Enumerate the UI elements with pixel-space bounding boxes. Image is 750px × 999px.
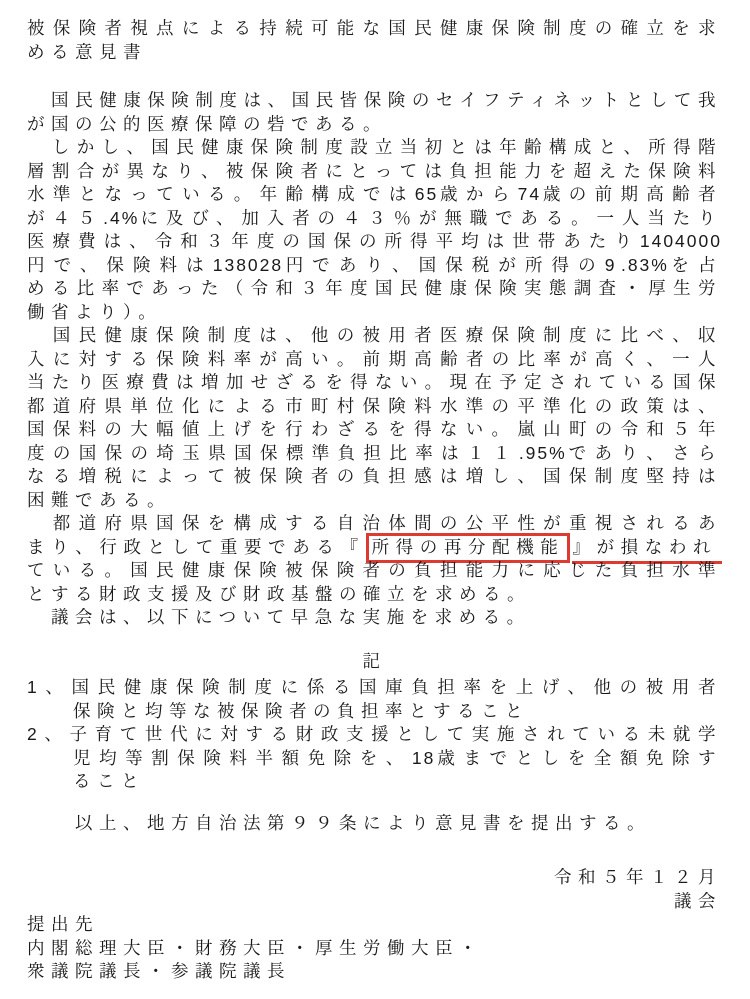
doc-line: 記 xyxy=(27,650,722,674)
doc-line: 度の国保の埼玉県国保標準負担比率は１１.95%であり、さら xyxy=(27,442,722,466)
text-segment: 円であり、国保税が所得の9 xyxy=(283,255,621,275)
spacer xyxy=(27,64,722,89)
text-segment: 困難である。 xyxy=(27,490,171,510)
doc-line: 被保険者視点による持続可能な国民健康保険制度の確立を求 xyxy=(27,17,722,41)
doc-line: 1、国民健康保険制度に係る国庫負担率を上げ、他の被用者 xyxy=(27,676,722,700)
text-segment: 歳から xyxy=(438,184,517,204)
text-segment: であり、さら xyxy=(567,443,722,463)
text-segment: 医療費は、令和３年度の国保の所得平均は世帯あたり xyxy=(27,231,640,251)
doc-line: 働省より）。 xyxy=(27,301,722,325)
text-segment: める意見書 xyxy=(27,42,147,62)
spacer xyxy=(27,835,722,866)
text-segment: 衆議院議長・参議院議長 xyxy=(27,961,291,981)
doc-line: 令和５年１２月 xyxy=(27,866,722,890)
text-segment: 以上、地方自治法第９９条により意見書を提出する。 xyxy=(27,813,651,833)
doc-line: が国の公的医療保障の砦である。 xyxy=(27,113,722,137)
text-segment: 円で、保険料は xyxy=(27,255,213,275)
text-segment: 都道府県国保を構成する自治体間の公平性が重視されるあ xyxy=(27,513,722,533)
doc-line: 提出先 xyxy=(27,913,722,937)
text-segment: 1、国民健康保険制度に係る国庫負担率を上げ、他の被用者 xyxy=(27,677,722,697)
doc-line: 児均等割保険料半額免除を、18歳までとしを全額免除す xyxy=(27,747,722,771)
doc-line: 議会 xyxy=(27,890,722,914)
text-segment: 令和５年１２月 xyxy=(554,867,722,887)
doc-line: 都道府県単位化による市町村保険料水準の平準化の政策は、 xyxy=(27,395,722,419)
text-segment: 都道府県単位化による市町村保険料水準の平準化の政策は、 xyxy=(27,396,722,416)
text-segment: 国保料の大幅値上げを行わざるを得ない。嵐山町の令和５年 xyxy=(27,419,722,439)
text-segment: 内閣総理大臣・財務大臣・厚生労働大臣・ xyxy=(27,938,483,958)
doc-line: 困難である。 xyxy=(27,489,722,513)
document-page: 被保険者視点による持続可能な国民健康保険制度の確立を求める意見書 国民健康保険制… xyxy=(0,0,750,999)
doc-line: 衆議院議長・参議院議長 xyxy=(27,960,722,984)
text-segment: 保険と均等な被保険者の負担率とすること xyxy=(73,701,529,721)
text-segment: 層割合が異なり、被保険者にとっては負担能力を超えた保険料 xyxy=(27,161,722,181)
text-segment: 歳の前期高齢者 xyxy=(541,184,722,204)
text-segment: 国民健康保険制度は、国民皆保険のセイフティネットとして我 xyxy=(27,90,722,110)
text-segment: とする財政支援及び財政基盤の確立を求める。 xyxy=(27,584,531,604)
text-segment: に及び、加入者の４３％が無職である。一人当たり xyxy=(139,208,722,228)
doc-line: 2、子育て世代に対する財政支援として実施されている未就学 xyxy=(27,723,722,747)
text-segment: 提出先 xyxy=(27,914,99,934)
text-segment: が国の公的医療保障の砦である。 xyxy=(27,114,387,134)
text-segment: 入に対する保険料率が高い。前期高齢者の比率が高く、一人 xyxy=(27,349,722,369)
text-segment: しかし、国民健康保険制度設立当初とは年齢構成と、所得階 xyxy=(27,137,722,157)
text-segment: 2、子育て世代に対する財政支援として実施されている未就学 xyxy=(27,724,722,744)
doc-line: とする財政支援及び財政基盤の確立を求める。 xyxy=(27,583,722,607)
text-segment: なる増税によって被保険者の負担感は増し、国保制度堅持は xyxy=(27,466,722,486)
doc-line: まり、行政として重要である『所得の再分配機能』が損なわれ xyxy=(27,536,722,560)
doc-line: める比率であった（令和３年度国民健康保険実態調査・厚生労 xyxy=(27,277,722,301)
doc-line: 以上、地方自治法第９９条により意見書を提出する。 xyxy=(27,812,722,836)
doc-line: しかし、国民健康保険制度設立当初とは年齢構成と、所得階 xyxy=(27,136,722,160)
text-segment: 議会は、以下について早急な実施を求める。 xyxy=(27,607,531,627)
doc-line: 国民健康保険制度は、国民皆保険のセイフティネットとして我 xyxy=(27,89,722,113)
text-segment: 65 xyxy=(415,184,438,204)
doc-line: 国民健康保険制度は、他の被用者医療保険制度に比べ、収 xyxy=(27,324,722,348)
text-segment: 当たり医療費は増加せざるを得ない。現在予定されている国保 xyxy=(27,372,722,392)
text-segment: 度の国保の埼玉県国保標準負担比率は１１ xyxy=(27,443,519,463)
text-segment: ている。国民健康保険被保険者の負担能力に応じた負担水準 xyxy=(27,560,722,580)
doc-line: 内閣総理大臣・財務大臣・厚生労働大臣・ xyxy=(27,937,722,961)
spacer xyxy=(27,630,722,650)
doc-line: 医療費は、令和３年度の国保の所得平均は世帯あたり1404000 xyxy=(27,230,722,254)
text-segment: 働省より）。 xyxy=(27,302,162,322)
text-segment: .95% xyxy=(519,443,567,463)
text-segment: 児均等割保険料半額免除を、 xyxy=(73,748,412,768)
text-segment: 記 xyxy=(363,651,387,671)
text-segment: 被保険者視点による持続可能な国民健康保険制度の確立を求 xyxy=(27,18,722,38)
text-segment: 1404000 xyxy=(640,231,722,251)
doc-line: 当たり医療費は増加せざるを得ない。現在予定されている国保 xyxy=(27,371,722,395)
doc-line: 保険と均等な被保険者の負担率とすること xyxy=(27,700,722,724)
text-segment: を占 xyxy=(669,255,722,275)
text-segment: まり、行政として重要である『 xyxy=(27,537,365,557)
text-segment: .4% xyxy=(103,208,139,228)
text-segment: 歳までとしを全額免除す xyxy=(435,748,722,768)
doc-line: 層割合が異なり、被保険者にとっては負担能力を超えた保険料 xyxy=(27,160,722,184)
text-segment: が４５ xyxy=(27,208,103,228)
text-segment: 18 xyxy=(412,748,435,768)
text-segment: める比率であった（令和３年度国民健康保険実態調査・厚生労 xyxy=(27,278,722,298)
doc-line: 円で、保険料は138028円であり、国保税が所得の9.83%を占 xyxy=(27,254,722,278)
doc-line: ること xyxy=(27,770,722,794)
text-segment: 水準となっている。年齢構成では xyxy=(27,184,415,204)
doc-line: 水準となっている。年齢構成では65歳から74歳の前期高齢者 xyxy=(27,183,722,207)
document-body: 被保険者視点による持続可能な国民健康保険制度の確立を求める意見書 国民健康保険制… xyxy=(27,17,722,984)
text-segment: .83% xyxy=(621,255,669,275)
doc-line: 都道府県国保を構成する自治体間の公平性が重視されるあ xyxy=(27,512,722,536)
doc-line: 国保料の大幅値上げを行わざるを得ない。嵐山町の令和５年 xyxy=(27,418,722,442)
doc-line: める意見書 xyxy=(27,41,722,65)
text-segment: 138028 xyxy=(213,255,283,275)
doc-line: ている。国民健康保険被保険者の負担能力に応じた負担水準 xyxy=(27,559,722,583)
text-segment: 国民健康保険制度は、他の被用者医療保険制度に比べ、収 xyxy=(27,325,722,345)
doc-line: 議会は、以下について早急な実施を求める。 xyxy=(27,606,722,630)
doc-line: 入に対する保険料率が高い。前期高齢者の比率が高く、一人 xyxy=(27,348,722,372)
doc-line: なる増税によって被保険者の負担感は増し、国保制度堅持は xyxy=(27,465,722,489)
text-segment: ること xyxy=(73,771,145,791)
doc-line: が４５.4%に及び、加入者の４３％が無職である。一人当たり xyxy=(27,207,722,231)
text-segment: 議会 xyxy=(674,891,722,911)
spacer xyxy=(27,794,722,812)
text-segment: 74 xyxy=(518,184,541,204)
highlight-red-box-text: 所得の再分配機能 xyxy=(366,533,571,563)
